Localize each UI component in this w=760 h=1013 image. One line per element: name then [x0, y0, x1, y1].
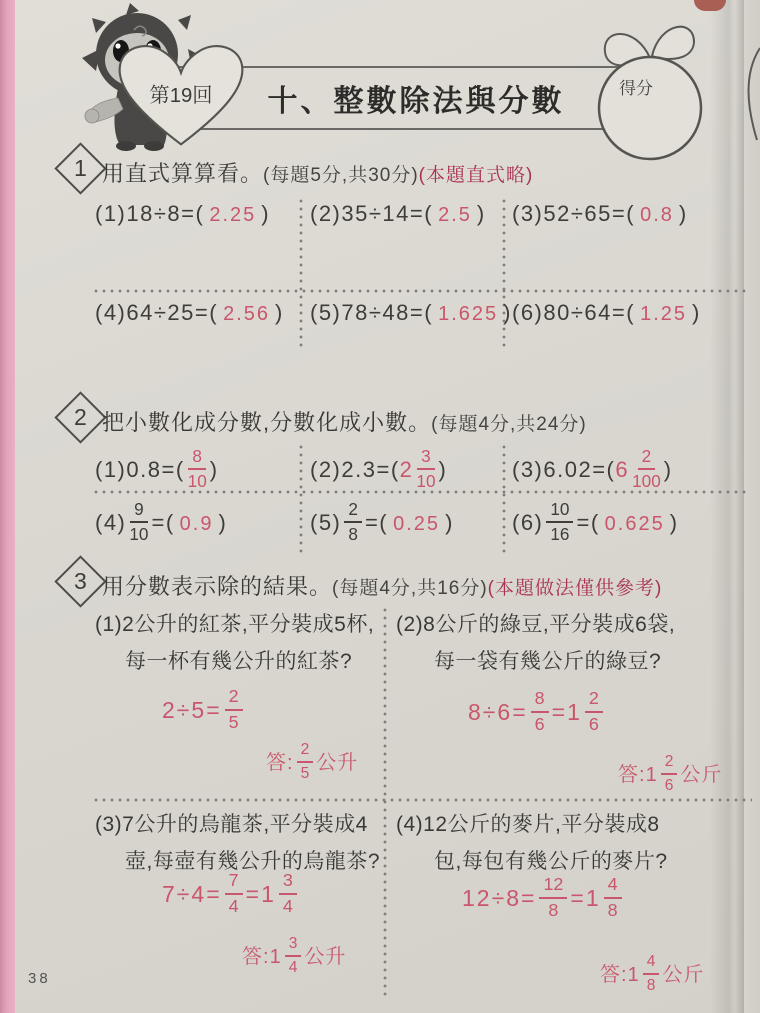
- section2-number: 2: [74, 404, 87, 431]
- round-badge-label: 第19回: [149, 84, 212, 107]
- problem-text: ): [670, 510, 679, 535]
- fraction-numerator: 12: [539, 876, 567, 899]
- section1-note: (本題直式略): [419, 165, 534, 186]
- answer-fraction: 48: [643, 954, 660, 993]
- problem-line1: (1)2公升的紅茶,平分裝成5杯,: [95, 613, 374, 636]
- section2-header: 把小數化成分數,分數化成小數。(每題4分,共24分): [102, 406, 587, 437]
- problem-line2: 每一袋有幾公斤的綠豆?: [434, 643, 746, 680]
- problem-1-1: (1)18÷8=(2.25): [95, 201, 270, 227]
- problem-2-4: (4)910=(0.9): [95, 503, 227, 545]
- problem-1-6: (6)80÷64=(1.25): [512, 300, 701, 326]
- dotted-divider-vertical: [502, 443, 506, 557]
- problem-text: ): [664, 457, 673, 482]
- given-fraction: 1016: [546, 501, 573, 543]
- fraction-denominator: 10: [188, 470, 207, 490]
- answer-3-3: 答:134公升: [242, 938, 346, 977]
- problem-text: (3)52÷65=(: [512, 201, 635, 226]
- fraction-numerator: 2: [585, 690, 603, 713]
- answer-fraction: 25: [297, 742, 314, 781]
- work-fraction: 128: [539, 876, 567, 920]
- answer-prefix: 答:: [242, 946, 270, 968]
- problem-label: (6): [512, 510, 543, 535]
- answer-value: 0.8: [635, 204, 679, 226]
- fraction-numerator: 7: [225, 872, 243, 895]
- problem-text: (4)64÷25=(: [95, 300, 218, 325]
- fraction-denominator: 16: [550, 523, 569, 543]
- answer-value: 1.25: [635, 303, 692, 325]
- section3-header: 用分數表示除的結果。(每題4分,共16分)(本題做法僅供參考): [102, 570, 662, 601]
- problem-text: ): [439, 457, 448, 482]
- work-whole: 1: [567, 699, 582, 725]
- answer-unit: 公斤: [680, 764, 722, 786]
- next-page-sliver: [744, 0, 760, 1013]
- problem-text: (2)2.3=(: [310, 457, 400, 482]
- problem-1-3: (3)52÷65=(0.8): [512, 201, 688, 227]
- problem-1-4: (4)64÷25=(2.56): [95, 300, 284, 326]
- fraction-denominator: 8: [548, 899, 558, 920]
- answer-3-1: 答:25公升: [266, 744, 358, 783]
- word-problem-3-2: (2)8公斤的綠豆,平分裝成6袋, 每一袋有幾公斤的綠豆?: [396, 606, 746, 680]
- problem-line1: (4)12公斤的麥片,平分裝成8: [396, 813, 660, 836]
- fraction-numerator: 3: [417, 448, 435, 470]
- problem-2-2: (2)2.3=(2310): [310, 450, 447, 492]
- fraction-denominator: 10: [129, 523, 148, 543]
- problem-text: (5)78÷48=(: [310, 300, 433, 325]
- answer-fraction: 810: [188, 448, 207, 490]
- problem-text: (1)0.8=(: [95, 457, 185, 482]
- work-3-3: 7÷4=74=134: [162, 874, 300, 918]
- round-badge-heart: 第19回: [108, 36, 254, 154]
- fraction-denominator: 4: [289, 957, 298, 976]
- fraction-denominator: 10: [416, 470, 435, 490]
- problem-text: ): [692, 300, 701, 325]
- problem-text: (6)80÷64=(: [512, 300, 635, 325]
- workbook-page: 十、整數除法與分數 第19回 得分 1: [0, 0, 760, 1013]
- answer-value: 0.9: [175, 513, 219, 535]
- work-3-2: 8÷6=86=126: [468, 692, 606, 736]
- word-problem-3-4: (4)12公斤的麥片,平分裝成8 包,每包有幾公斤的麥片?: [396, 806, 746, 880]
- next-page-decoration: [744, 46, 760, 142]
- work-3-1: 2÷5=25: [162, 690, 246, 734]
- section1-header: 用直式算算看。(每題5分,共30分)(本題直式略): [102, 157, 533, 188]
- answer-fraction: 310: [416, 448, 435, 490]
- answer-fraction: 26: [661, 754, 678, 793]
- answer-3-4: 答:148公斤: [600, 956, 704, 995]
- section3-note: (本題做法僅供參考): [488, 578, 663, 599]
- fraction-denominator: 8: [348, 523, 358, 543]
- fraction-numerator: 4: [604, 876, 622, 899]
- section1-number: 1: [74, 155, 87, 182]
- page-title: 十、整數除法與分數: [268, 76, 565, 120]
- work-fraction2: 48: [604, 876, 622, 920]
- problem-label: (4): [95, 510, 126, 535]
- section1-title: 用直式算算看。: [102, 161, 263, 186]
- problem-text: =(: [576, 510, 599, 535]
- fraction-numerator: 2: [638, 448, 656, 470]
- work-3-4: 12÷8=128=148: [462, 878, 625, 922]
- dotted-divider-horizontal: [92, 289, 748, 293]
- problem-line1: (2)8公斤的綠豆,平分裝成6袋,: [396, 613, 675, 636]
- answer-unit: 公升: [316, 752, 358, 774]
- fraction-numerator: 3: [285, 936, 302, 957]
- problem-text: ): [477, 201, 486, 226]
- problem-label: (5): [310, 510, 341, 535]
- problem-text: =(: [365, 510, 388, 535]
- problem-text: ): [218, 510, 227, 535]
- fraction-numerator: 9: [130, 501, 148, 523]
- section1-scoring: (每題5分,共30分): [263, 165, 419, 186]
- left-page-edge: [0, 0, 15, 1013]
- fraction-numerator: 2: [225, 688, 243, 711]
- fraction-numerator: 10: [546, 501, 573, 523]
- fraction-denominator: 5: [229, 711, 239, 732]
- problem-text: ): [275, 300, 284, 325]
- problem-2-5: (5)28=(0.25): [310, 503, 454, 545]
- dotted-divider-vertical: [299, 197, 303, 348]
- page-number: 38: [28, 970, 51, 987]
- answer-prefix: 答:: [600, 964, 628, 986]
- word-problem-3-3: (3)7公升的烏龍茶,平分裝成4 壺,每壺有幾公升的烏龍茶?: [95, 806, 380, 880]
- answer-value: 1.625: [433, 303, 503, 325]
- answer-whole: 1: [646, 764, 658, 786]
- section3-number-diamond: 3: [54, 555, 106, 607]
- answer-whole: 2: [400, 457, 414, 482]
- problem-text: ): [210, 457, 219, 482]
- work-fraction2: 26: [585, 690, 603, 734]
- work-text: 12÷8=: [462, 885, 536, 911]
- problem-text: (1)18÷8=(: [95, 201, 204, 226]
- answer-prefix: 答:: [266, 752, 294, 774]
- fraction-numerator: 8: [188, 448, 206, 470]
- fraction-denominator: 4: [283, 895, 293, 916]
- fraction-denominator: 6: [665, 775, 674, 794]
- work-text: =: [570, 885, 585, 911]
- problem-line1: (3)7公升的烏龍茶,平分裝成4: [95, 813, 368, 836]
- section3-title: 用分數表示除的結果。: [102, 574, 332, 599]
- answer-prefix: 答:: [618, 764, 646, 786]
- section2-title: 把小數化成分數,分數化成小數。: [102, 410, 431, 435]
- problem-text: =(: [151, 510, 174, 535]
- fraction-denominator: 8: [608, 899, 618, 920]
- work-whole: 1: [586, 885, 601, 911]
- fraction-numerator: 8: [531, 690, 549, 713]
- section2-scoring: (每題4分,共24分): [431, 414, 587, 435]
- problem-text: ): [445, 510, 454, 535]
- problem-1-5: (5)78÷48=(1.625): [310, 300, 512, 326]
- answer-value: 2.25: [204, 204, 261, 226]
- problem-1-2: (2)35÷14=(2.5): [310, 201, 486, 227]
- fraction-numerator: 2: [297, 742, 314, 763]
- problem-line2: 每一杯有幾公升的紅茶?: [125, 643, 380, 680]
- answer-whole: 1: [270, 946, 282, 968]
- answer-whole: 6: [615, 457, 629, 482]
- fraction-denominator: 8: [647, 975, 656, 994]
- given-fraction: 910: [129, 501, 148, 543]
- answer-value: 0.625: [600, 513, 670, 535]
- problem-text: (2)35÷14=(: [310, 201, 433, 226]
- answer-fraction: 34: [285, 936, 302, 975]
- given-fraction: 28: [344, 501, 362, 543]
- section3-scoring: (每題4分,共16分): [332, 578, 488, 599]
- answer-unit: 公斤: [662, 964, 704, 986]
- work-fraction: 25: [225, 688, 243, 732]
- fraction-numerator: 2: [344, 501, 362, 523]
- answer-unit: 公升: [304, 946, 346, 968]
- work-text: 7÷4=: [162, 881, 222, 907]
- answer-value: 0.25: [388, 513, 445, 535]
- problem-2-1: (1)0.8=(810): [95, 450, 219, 492]
- work-fraction: 74: [225, 872, 243, 916]
- fraction-denominator: 5: [301, 763, 310, 782]
- answer-fraction: 2100: [632, 448, 661, 490]
- fraction-denominator: 6: [535, 713, 545, 734]
- fraction-numerator: 3: [279, 872, 297, 895]
- problem-text: ): [679, 201, 688, 226]
- work-whole: 1: [261, 881, 276, 907]
- section2-number-diamond: 2: [54, 391, 106, 443]
- fraction-numerator: 2: [661, 754, 678, 775]
- score-badge-fruit: 得分: [588, 14, 714, 162]
- answer-value: 2.56: [218, 303, 275, 325]
- problem-2-6: (6)1016=(0.625): [512, 503, 679, 545]
- answer-3-2: 答:126公斤: [618, 756, 722, 795]
- problem-text: (3)6.02=(: [512, 457, 615, 482]
- problem-text: ): [261, 201, 270, 226]
- problem-2-3: (3)6.02=(62100): [512, 450, 673, 492]
- dotted-divider-vertical: [299, 443, 303, 557]
- work-text: =: [552, 699, 567, 725]
- fraction-denominator: 100: [632, 470, 661, 490]
- fraction-numerator: 4: [643, 954, 660, 975]
- answer-value: 2.5: [433, 204, 477, 226]
- answer-whole: 1: [628, 964, 640, 986]
- problem-line2: 包,每包有幾公斤的麥片?: [434, 843, 746, 880]
- problem-text: ): [503, 300, 512, 325]
- fraction-denominator: 4: [229, 895, 239, 916]
- work-text: 2÷5=: [162, 697, 222, 723]
- work-fraction: 86: [531, 690, 549, 734]
- work-text: 8÷6=: [468, 699, 528, 725]
- work-text: =: [246, 881, 261, 907]
- work-fraction2: 34: [279, 872, 297, 916]
- section3-number: 3: [74, 568, 87, 595]
- dotted-divider-horizontal: [92, 798, 752, 802]
- word-problem-3-1: (1)2公升的紅茶,平分裝成5杯, 每一杯有幾公升的紅茶?: [95, 606, 380, 680]
- fraction-denominator: 6: [589, 713, 599, 734]
- score-badge-label: 得分: [619, 79, 653, 98]
